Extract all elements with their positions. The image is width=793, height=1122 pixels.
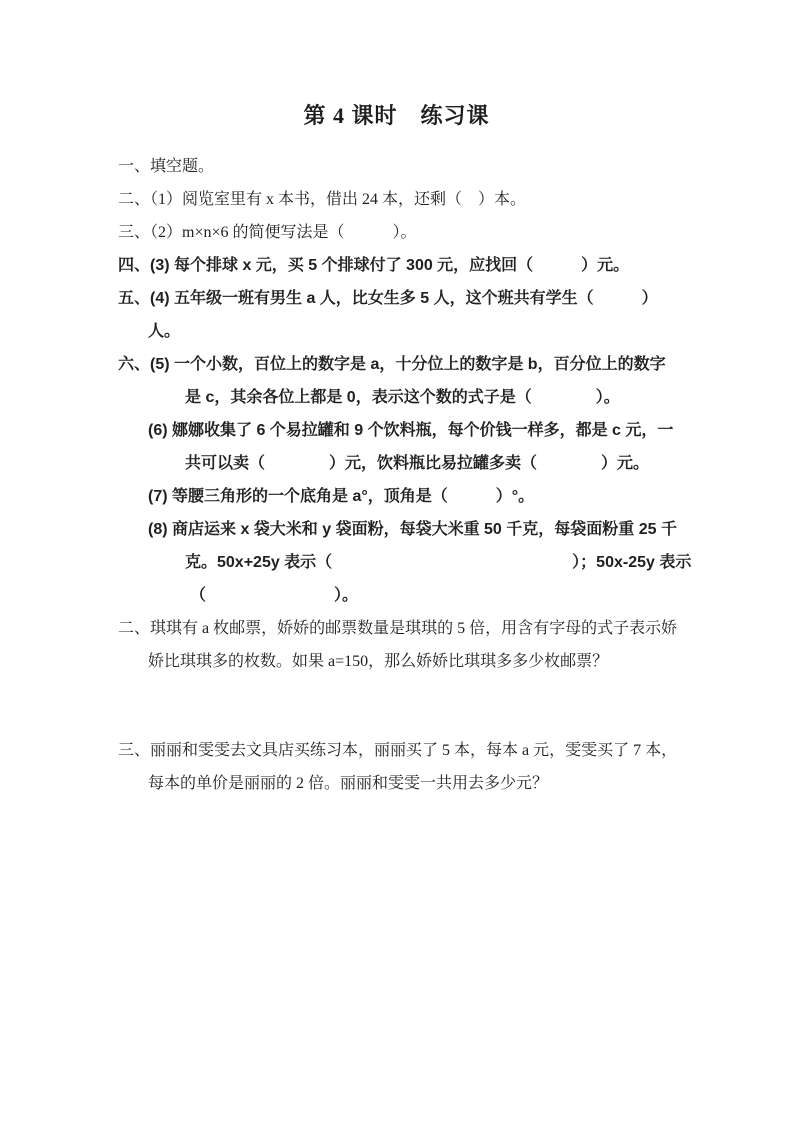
worksheet-line: 三、丽丽和雯雯去文具店买练习本，丽丽买了 5 本，每本 a 元，雯雯买了 7 本… <box>118 734 758 767</box>
worksheet-line: 二、琪琪有 a 枚邮票，娇娇的邮票数量是琪琪的 5 倍，用含有字母的式子表示娇 <box>118 612 758 645</box>
line-marker: 三、 <box>118 742 150 759</box>
line-text: （2）m×n×6 的简便写法是（ ）。 <box>150 224 417 241</box>
line-text: (6) 娜娜收集了 6 个易拉罐和 9 个饮料瓶，每个价钱一样多，都是 c 元，… <box>148 422 673 439</box>
line-text: 填空题。 <box>150 158 214 175</box>
line-text: 每本的单价是丽丽的 2 倍。丽丽和雯雯一共用去多少元？ <box>148 775 548 792</box>
line-marker: 二、 <box>118 191 150 208</box>
worksheet-body: 一、填空题。二、（1）阅览室里有 x 本书，借出 24 本，还剩（ ）本。三、（… <box>118 150 758 800</box>
line-marker: 二、 <box>118 620 150 637</box>
worksheet-line: 二、（1）阅览室里有 x 本书，借出 24 本，还剩（ ）本。 <box>118 183 758 216</box>
line-text: 丽丽和雯雯去文具店买练习本，丽丽买了 5 本，每本 a 元，雯雯买了 7 本， <box>150 742 677 759</box>
worksheet-line: 六、(5) 一个小数，百位上的数字是 a，十分位上的数字是 b，百分位上的数字 <box>118 348 758 381</box>
line-text: 克。50x+25y 表示（ ）；50x-25y 表示 <box>185 554 691 571</box>
worksheet-line: 共可以卖（ ）元，饮料瓶比易拉罐多卖（ ）元。 <box>185 447 758 480</box>
line-marker: 三、 <box>118 224 150 241</box>
worksheet-line: 五、(4) 五年级一班有男生 a 人，比女生多 5 人，这个班共有学生（ ） <box>118 282 758 315</box>
line-marker: 五、 <box>118 290 150 307</box>
line-text: 娇比琪琪多的枚数。如果 a=150，那么娇娇比琪琪多多少枚邮票？ <box>148 653 608 670</box>
line-marker: 一、 <box>118 158 150 175</box>
worksheet-line: 是 c，其余各位上都是 0，表示这个数的式子是（ ）。 <box>185 381 758 414</box>
line-marker: 六、 <box>118 356 150 373</box>
worksheet-line: (7) 等腰三角形的一个底角是 a°，顶角是（ ）°。 <box>148 480 758 513</box>
worksheet-line: （ ）。 <box>190 579 758 612</box>
line-text: (7) 等腰三角形的一个底角是 a°，顶角是（ ）°。 <box>148 488 534 505</box>
line-text: 共可以卖（ ）元，饮料瓶比易拉罐多卖（ ）元。 <box>185 455 649 472</box>
worksheet-line: 人。 <box>148 315 758 348</box>
line-text: （ ）。 <box>190 587 358 604</box>
worksheet-line: 三、（2）m×n×6 的简便写法是（ ）。 <box>118 216 758 249</box>
line-text: 是 c，其余各位上都是 0，表示这个数的式子是（ ）。 <box>185 389 620 406</box>
worksheet-page: 第 4 课时 练习课 一、填空题。二、（1）阅览室里有 x 本书，借出 24 本… <box>0 0 793 1122</box>
worksheet-line: (8) 商店运来 x 袋大米和 y 袋面粉，每袋大米重 50 千克，每袋面粉重 … <box>148 513 758 546</box>
worksheet-line: 一、填空题。 <box>118 150 758 183</box>
line-text: 人。 <box>148 323 180 340</box>
line-text: （1）阅览室里有 x 本书，借出 24 本，还剩（ ）本。 <box>150 191 526 208</box>
line-text: 琪琪有 a 枚邮票，娇娇的邮票数量是琪琪的 5 倍，用含有字母的式子表示娇 <box>150 620 677 637</box>
worksheet-line: 四、(3) 每个排球 x 元，买 5 个排球付了 300 元，应找回（ ）元。 <box>118 249 758 282</box>
worksheet-line: 每本的单价是丽丽的 2 倍。丽丽和雯雯一共用去多少元？ <box>148 767 758 800</box>
line-text: (5) 一个小数，百位上的数字是 a，十分位上的数字是 b，百分位上的数字 <box>150 356 666 373</box>
line-text: (4) 五年级一班有男生 a 人，比女生多 5 人，这个班共有学生（ ） <box>150 290 658 307</box>
worksheet-line: 娇比琪琪多的枚数。如果 a=150，那么娇娇比琪琪多多少枚邮票？ <box>148 645 758 678</box>
worksheet-line: 克。50x+25y 表示（ ）；50x-25y 表示 <box>185 546 758 579</box>
worksheet-title: 第 4 课时 练习课 <box>0 99 793 130</box>
worksheet-line: (6) 娜娜收集了 6 个易拉罐和 9 个饮料瓶，每个价钱一样多，都是 c 元，… <box>148 414 758 447</box>
line-marker: 四、 <box>118 257 150 274</box>
line-text: (8) 商店运来 x 袋大米和 y 袋面粉，每袋大米重 50 千克，每袋面粉重 … <box>148 521 677 538</box>
line-text: (3) 每个排球 x 元，买 5 个排球付了 300 元，应找回（ ）元。 <box>150 257 629 274</box>
